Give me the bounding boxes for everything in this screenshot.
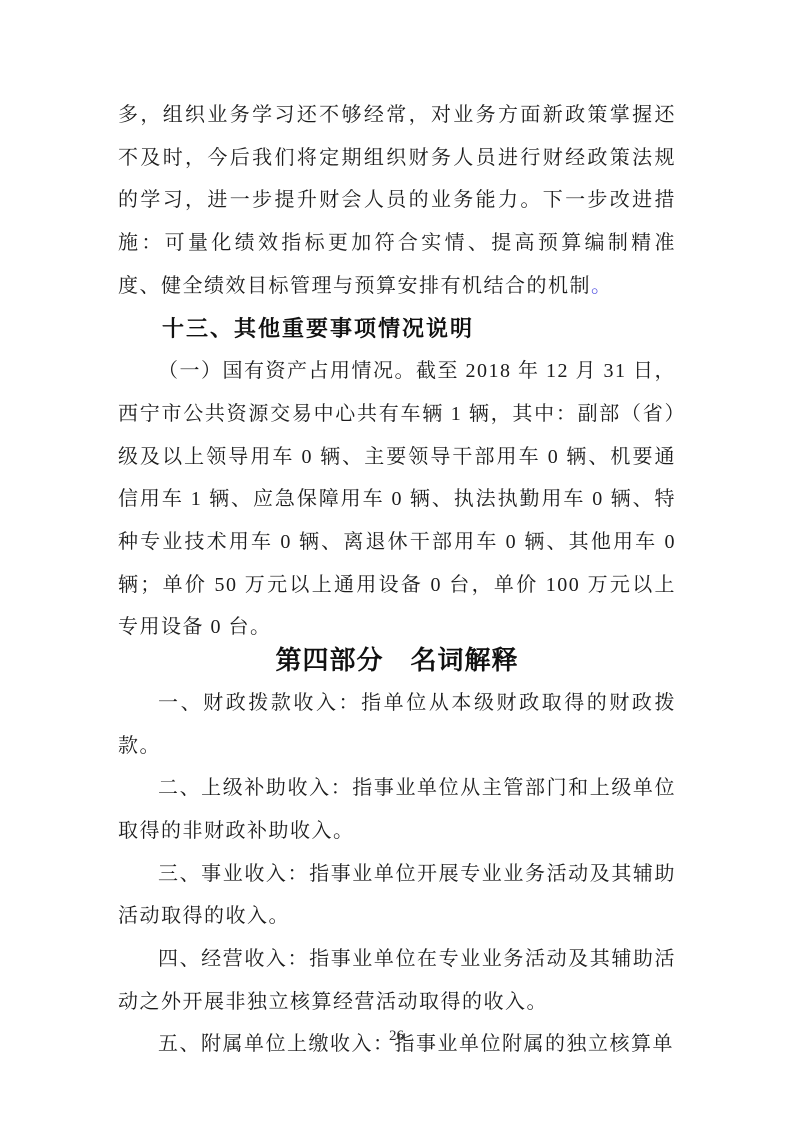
page-number: 26: [0, 1028, 793, 1045]
heading-other-important-matters: 十三、其他重要事项情况说明: [118, 308, 676, 351]
term-superior-subsidy-income: 二、上级补助收入：指事业单位从主管部门和上级单位取得的非财政补助收入。: [118, 767, 676, 852]
highlighted-period: 。: [591, 275, 613, 297]
document-page: 多，组织业务学习还不够经常，对业务方面新政策掌握还不及时，今后我们将定期组织财务…: [0, 0, 793, 1122]
term-operating-income: 四、经营收入：指事业单位在专业业务活动及其辅助活动之外开展非独立核算经营活动取得…: [118, 938, 676, 1023]
paragraph-state-assets: （一）国有资产占用情况。截至 2018 年 12 月 31 日，西宁市公共资源交…: [118, 350, 676, 649]
paragraph-improvement-text: 多，组织业务学习还不够经常，对业务方面新政策掌握还不及时，今后我们将定期组织财务…: [118, 104, 676, 297]
term-business-income: 三、事业收入：指事业单位开展专业业务活动及其辅助活动取得的收入。: [118, 853, 676, 938]
term-fiscal-appropriation-income: 一、财政拨款收入：指单位从本级财政取得的财政拨款。: [118, 682, 676, 767]
paragraph-improvement-measures: 多，组织业务学习还不够经常，对业务方面新政策掌握还不及时，今后我们将定期组织财务…: [118, 94, 676, 308]
